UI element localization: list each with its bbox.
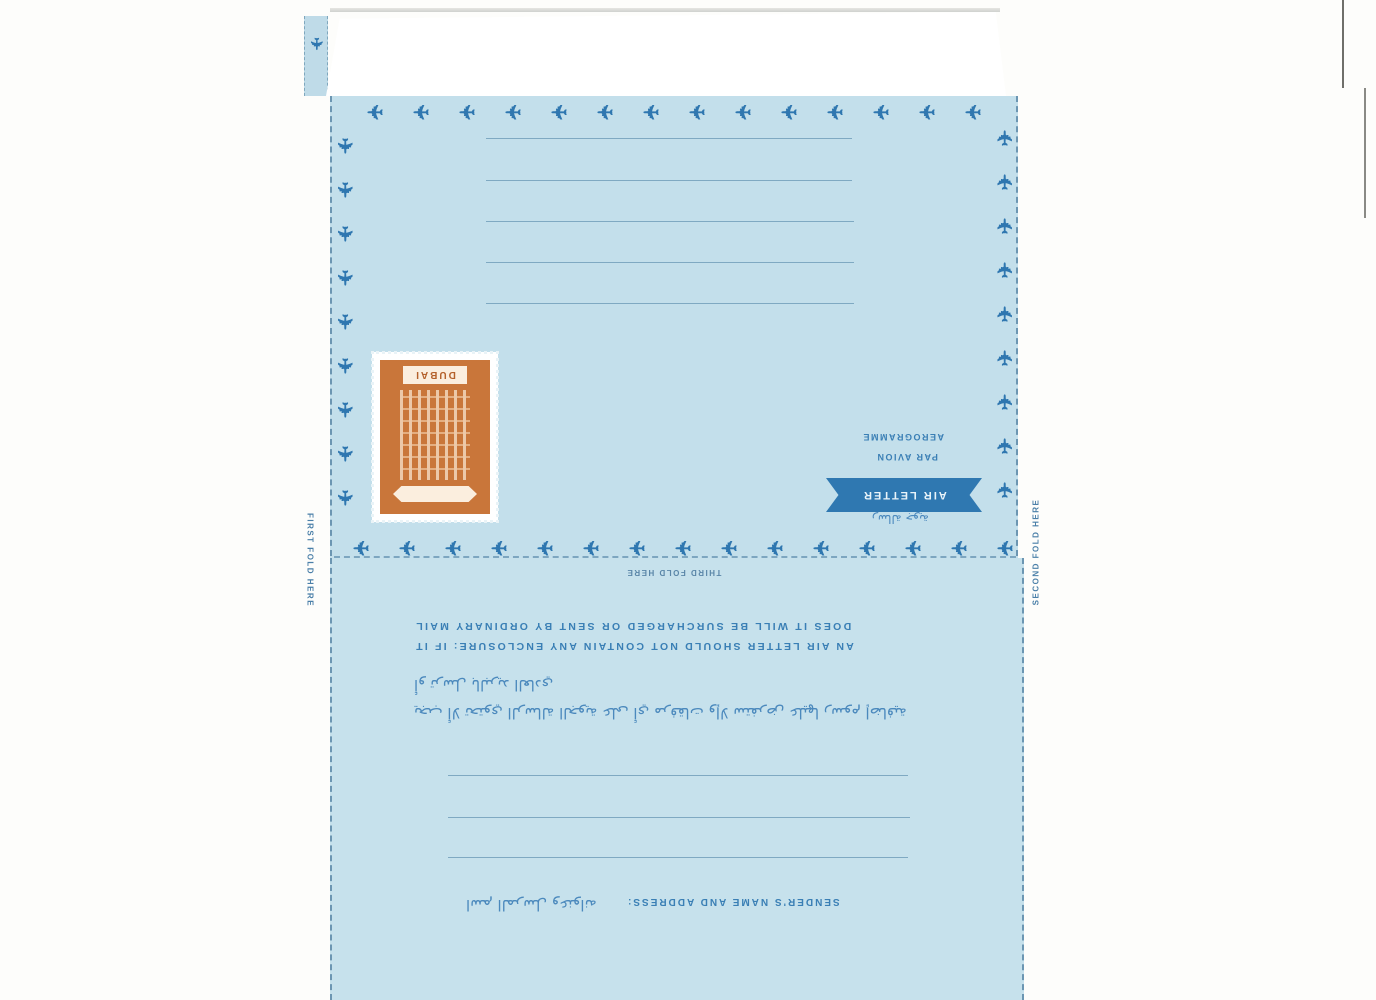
airplane-icon: ✈ (983, 171, 1027, 193)
airplane-icon: ✈ (614, 536, 660, 558)
airplane-icon: ✈ (323, 355, 367, 377)
imprinted-stamp: DUBAI (372, 352, 498, 522)
address-line[interactable] (486, 303, 854, 304)
sender-label: SENDER'S NAME AND ADDRESS: (626, 896, 840, 907)
airplane-icon: ✈ (720, 100, 766, 122)
stamp-value-cartouche (393, 486, 477, 502)
airplane-icon: ✈ (983, 347, 1027, 369)
airplane-icon: ✈ (950, 100, 996, 122)
airplane-icon: ✈ (323, 443, 367, 465)
airplane-icon: ✈ (983, 259, 1027, 281)
airplane-icon: ✈ (983, 435, 1027, 457)
airplane-icon: ✈ (812, 100, 858, 122)
airplane-icon: ✈ (323, 267, 367, 289)
airplane-icon: ✈ (384, 536, 430, 558)
airplane-icon: ✈ (890, 536, 936, 558)
airplane-icon: ✈ (536, 100, 582, 122)
sender-arabic-label: اسم المرسل وعنوانه (466, 896, 597, 914)
airplane-icon: ✈ (323, 399, 367, 421)
address-line[interactable] (486, 138, 852, 139)
airplane-border-bottom: ✈✈✈✈✈✈✈✈✈✈✈✈✈✈✈ (338, 536, 1028, 558)
address-line[interactable] (486, 221, 854, 222)
airplane-icon: ✈ (983, 391, 1027, 413)
scan-edge-top (330, 8, 1000, 12)
stamp-country-label: DUBAI (403, 366, 467, 384)
airplane-icon: ✈ (430, 536, 476, 558)
airplane-icon: ✈ (398, 100, 444, 122)
stamp-design: DUBAI (380, 360, 490, 514)
airplane-icon: ✈ (352, 100, 398, 122)
airplane-icon: ✈ (904, 100, 950, 122)
airplane-icon: ✈ (983, 479, 1027, 501)
airplane-icon: ✈ (982, 536, 1028, 558)
airplane-icon: ✈ (752, 536, 798, 558)
air-letter-ribbon: AIR LETTER (826, 478, 982, 512)
airplane-icon: ✈ (568, 536, 614, 558)
stamp-illustration (400, 390, 470, 480)
airplane-icon: ✈ (323, 487, 367, 509)
airplane-icon: ✈ (628, 100, 674, 122)
airplane-icon: ✈ (983, 127, 1027, 149)
airplane-icon: ✈ (582, 100, 628, 122)
notice-arabic-line1: يجب ألا تحتوي الرسالة الجوية على أي مرفق… (414, 704, 907, 722)
notice-arabic-line2: أو ترسل بالبريد العادي (414, 676, 553, 694)
airplane-border-right: ✈✈✈✈✈✈✈✈✈ (994, 116, 1016, 512)
airplane-icon: ✈ (476, 536, 522, 558)
airplane-border-left: ✈✈✈✈✈✈✈✈✈ (334, 124, 356, 520)
second-fold-label: SECOND FOLD HERE (1032, 499, 1041, 606)
airplane-icon: ✈ (983, 303, 1027, 325)
airplane-icon: ✈ (490, 100, 536, 122)
airplane-icon: ✈ (936, 536, 982, 558)
airplane-icon: ✈ (674, 100, 720, 122)
address-line[interactable] (486, 180, 852, 181)
airplane-icon: ✈ (323, 223, 367, 245)
notice-english-line2: DOES IT WILL BE SURCHARGED OR SENT BY OR… (414, 620, 851, 632)
airplane-icon: ✈ (983, 215, 1027, 237)
notice-english-line1: AN AIR LETTER SHOULD NOT CONTAIN ANY ENC… (414, 640, 854, 652)
airplane-icon: ✈ (444, 100, 490, 122)
first-fold-label: FIRST FOLD HERE (306, 513, 315, 607)
airplane-icon: ✈ (798, 536, 844, 558)
airplane-icon: ✈ (323, 135, 367, 157)
airplane-icon: ✈ (323, 179, 367, 201)
air-letter-arabic: رسالة جوية (872, 512, 929, 526)
sender-address-line[interactable] (448, 817, 910, 818)
sealing-flap (326, 12, 1006, 96)
sender-address-line[interactable] (448, 857, 908, 858)
aerogramme-label: AEROGRAMME (862, 432, 944, 442)
third-fold-label: THIRD FOLD HERE (626, 568, 721, 577)
airplane-icon: ✈ (522, 536, 568, 558)
airplane-icon: ✈ (338, 536, 384, 558)
sender-address-line[interactable] (448, 775, 908, 776)
paper-edge-line (1364, 88, 1366, 218)
air-letter-label: AIR LETTER (862, 489, 947, 501)
airplane-icon: ✈ (660, 536, 706, 558)
airplane-icon: ✈ (766, 100, 812, 122)
airplane-icon: ✈ (294, 33, 338, 55)
paper-edge-line (1342, 0, 1344, 88)
address-line[interactable] (486, 262, 854, 263)
airplane-icon: ✈ (323, 311, 367, 333)
par-avion-label: PAR AVION (876, 452, 938, 462)
airplane-border-top: ✈✈✈✈✈✈✈✈✈✈✈✈✈✈ (352, 100, 996, 122)
airplane-icon: ✈ (858, 100, 904, 122)
airplane-icon: ✈ (844, 536, 890, 558)
side-tab-flap: ✈ (304, 16, 328, 96)
airplane-icon: ✈ (706, 536, 752, 558)
